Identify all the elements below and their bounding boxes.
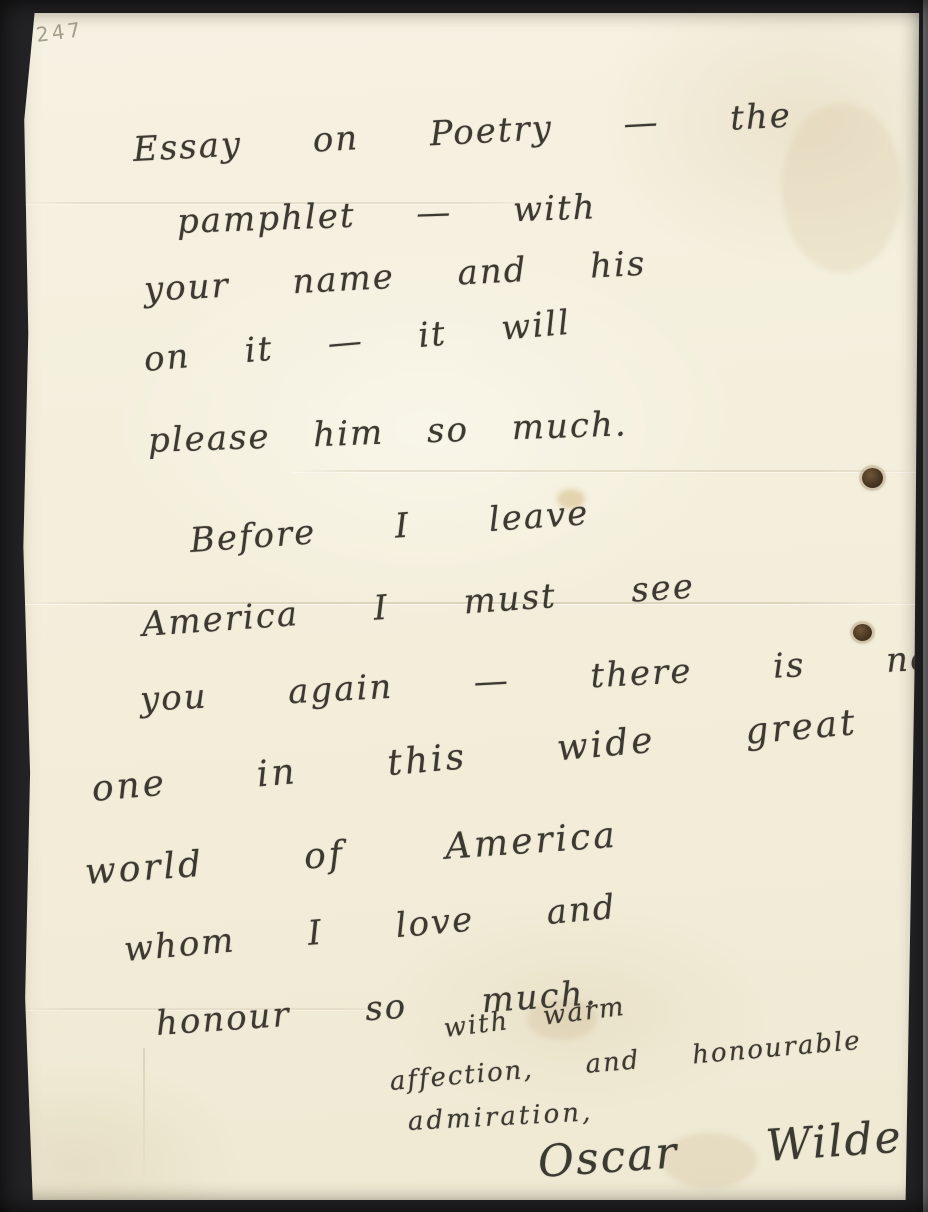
handwriting-line-3: your name and his bbox=[143, 242, 648, 312]
handwriting-line-4: on it — it will bbox=[142, 301, 573, 382]
stain-top-right bbox=[782, 103, 902, 273]
handwriting-line-6: Before I leave bbox=[188, 491, 590, 563]
fold-crease-bottom-vertical bbox=[143, 1048, 145, 1198]
pin-mark-lower bbox=[853, 624, 872, 641]
handwriting-line-2: pamphlet — with bbox=[176, 185, 597, 244]
handwriting-line-10: world of America bbox=[83, 813, 619, 897]
handwriting-line-11: whom I love and bbox=[122, 885, 618, 972]
handwriting-line-5: please him so much. bbox=[147, 402, 628, 463]
pin-mark-upper bbox=[862, 468, 883, 488]
handwriting-line-7: America I must see bbox=[140, 564, 696, 647]
photo-frame: 247 Essay on Poetry — the pamphlet — wit… bbox=[0, 0, 928, 1212]
handwriting-line-1: Essay on Poetry — the bbox=[132, 94, 793, 173]
letter-page: 247 Essay on Poetry — the pamphlet — wit… bbox=[22, 13, 920, 1200]
scan-edge-strip bbox=[923, 0, 928, 1212]
pencil-page-number: 247 bbox=[35, 17, 85, 47]
fold-crease-upper-right bbox=[292, 470, 920, 472]
